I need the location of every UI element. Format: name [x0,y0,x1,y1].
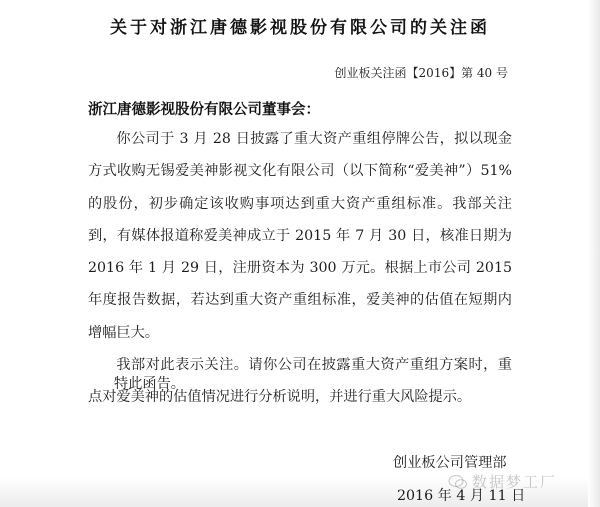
paragraph-1: 你公司于 3 月 28 日披露了重大资产重组停牌公告，拟以现金方式收购无锡爱美神… [88,123,512,349]
letter-body: 你公司于 3 月 28 日披露了重大资产重组停牌公告，拟以现金方式收购无锡爱美神… [88,123,512,414]
document-number: 创业板关注函【2016】第 40 号 [335,64,508,81]
closing-line: 特此函告。 [114,373,185,393]
letter-page: 关于对浙江唐德影视股份有限公司的关注函 创业板关注函【2016】第 40 号 浙… [0,0,600,507]
page-edge-shadow [588,0,600,507]
watermark-text: 数据梦工厂 [472,471,557,492]
signer: 创业板公司管理部 [393,452,507,472]
addressee: 浙江唐德影视股份有限公司董事会： [88,98,320,119]
letter-title: 关于对浙江唐德影视股份有限公司的关注函 [0,13,600,38]
wechat-icon [448,474,468,490]
watermark: 数据梦工厂 [448,471,557,492]
